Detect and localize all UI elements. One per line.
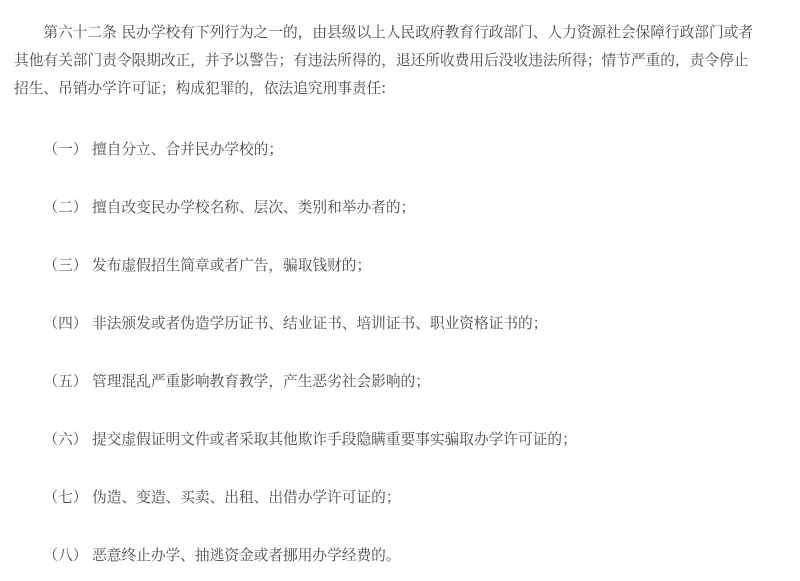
article-lead-paragraph: 第六十二条 民办学校有下列行为之一的，由县级以上人民政府教育行政部门、人力资源社… (14, 19, 755, 103)
article-item-2: （二） 擅自改变民办学校名称、层次、类别和举办者的； (14, 194, 755, 222)
article-item-4: （四） 非法颁发或者伪造学历证书、结业证书、培训证书、职业资格证书的； (14, 310, 755, 338)
article-item-1: （一） 擅自分立、合并民办学校的； (14, 136, 755, 164)
document-page: 第六十二条 民办学校有下列行为之一的，由县级以上人民政府教育行政部门、人力资源社… (0, 0, 800, 570)
article-item-6: （六） 提交虚假证明文件或者采取其他欺诈手段隐瞒重要事实骗取办学许可证的； (14, 426, 755, 454)
article-item-3: （三） 发布虚假招生简章或者广告，骗取钱财的； (14, 252, 755, 280)
article-item-5: （五） 管理混乱严重影响教育教学，产生恶劣社会影响的； (14, 368, 755, 396)
article-item-7: （七） 伪造、变造、买卖、出租、出借办学许可证的； (14, 484, 755, 512)
legal-article-text: 第六十二条 民办学校有下列行为之一的，由县级以上人民政府教育行政部门、人力资源社… (0, 0, 800, 570)
article-item-8: （八） 恶意终止办学、抽逃资金或者挪用办学经费的。 (14, 542, 755, 570)
